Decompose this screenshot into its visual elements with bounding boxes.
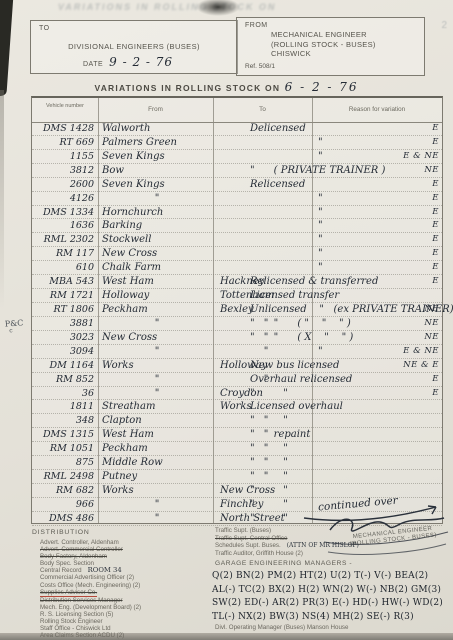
annotation-cell: NE	[424, 317, 439, 330]
reason-cell: "	[222, 345, 323, 358]
distribution-item: Costs Office (Mech. Engineering) (2)	[40, 582, 212, 589]
distribution-item-text: Staff Office - Chiswick Ltd	[40, 625, 111, 632]
from-cell: Clapton	[102, 414, 212, 427]
from-lines: MECHANICAL ENGINEER (ROLLING STOCK - BUS…	[271, 30, 376, 59]
garage-managers-codes: Q(2) BN(2) PM(2) HT(2) U(2) T(-) V(-) BE…	[212, 570, 452, 624]
table-row: RM 117New Cross"E	[32, 247, 442, 261]
vehicle-number-cell: DMS 1315	[32, 428, 94, 441]
distribution-item: Central RecordROOM 34	[40, 567, 212, 574]
vehicle-number-cell: DMS 1428	[32, 122, 94, 135]
to-value: DIVISIONAL ENGINEERS (BUSES)	[31, 42, 237, 51]
reason-cell: Licensed transfer	[222, 289, 339, 302]
annotation-cell: NE	[424, 164, 439, 177]
reason-cell: " ( PRIVATE TRAINER )	[222, 164, 385, 177]
reason-cell: Relicensed	[222, 178, 305, 191]
garage-code-line: SW(2) ED(-) AR(2) PR(3) E(-) HD(-) HW(-)…	[212, 597, 452, 611]
from-cell: Works	[102, 484, 212, 497]
annotation-cell: E	[432, 206, 439, 219]
variations-table: Vehicle number From To Reason for variat…	[31, 96, 443, 524]
table-row: 3881""" " ( " " " )NE	[32, 317, 442, 331]
divl-operating-manager-line: Divl. Operating Manager (Buses) Manson H…	[215, 624, 348, 631]
vehicle-number-cell: 3023	[32, 331, 94, 344]
distribution-list: Advert. Controller, AldenhamAdvert. Comm…	[40, 539, 212, 639]
distribution-item: Mech. Eng. (Development Board) (2)	[40, 604, 212, 611]
distribution-item-text: Body Factory, Aldenham	[40, 553, 107, 560]
from-cell: New Cross	[102, 331, 212, 344]
table-row: 610Chalk Farm"E	[32, 261, 442, 275]
distribution-item-text: Central Record	[40, 567, 82, 574]
table-row: RM 852""Overhaul relicensedE	[32, 373, 442, 387]
reason-cell: " "	[222, 442, 288, 455]
vehicle-number-cell: DMS 1334	[32, 206, 94, 219]
from-cell: Peckham	[102, 442, 212, 455]
from-cell: Works	[102, 359, 212, 372]
distribution-item: R. S. Licensing Section (5)	[40, 611, 212, 618]
reason-cell: " "	[222, 456, 288, 469]
table-row: 348Clapton"" "	[32, 414, 442, 428]
table-row: RT 669Palmers Green"E	[32, 136, 442, 150]
reason-cell: Delicensed	[222, 122, 306, 135]
table-body: DMS 1428WalworthDelicensedERT 669Palmers…	[32, 122, 442, 523]
distribution-item: Distribution Services Manager	[40, 597, 212, 604]
distribution-item-text: Mech. Eng. (Development Board) (2)	[40, 604, 141, 611]
table-row: DM 1164WorksHollowayNew bus licensedNE &…	[32, 359, 442, 373]
vehicle-number-cell: 875	[32, 456, 94, 469]
table-row: RML 2498Putney"" "	[32, 470, 442, 484]
from-cell: Barking	[102, 219, 212, 232]
from-cell: Streatham	[102, 400, 212, 413]
reason-cell: "	[222, 247, 323, 260]
reason-cell: "	[222, 219, 323, 232]
col-header-to: To	[213, 106, 312, 113]
annotation-cell: E	[432, 192, 439, 205]
vehicle-number-cell: RT 669	[32, 136, 94, 149]
distribution-heading: DISTRIBUTION	[32, 529, 90, 536]
vehicle-number-cell: 2600	[32, 178, 94, 191]
distribution-item-text: Distribution Services Manager	[40, 597, 123, 604]
reason-cell: " "	[222, 484, 288, 497]
from-cell: "	[102, 512, 212, 525]
from-cell: Walworth	[102, 122, 212, 135]
garage-code-line: AL(-) TC(2) BX(2) H(2) WN(2) W(-) NB(2) …	[212, 584, 452, 598]
annotation-cell: E	[432, 387, 439, 400]
from-line: (ROLLING STOCK - BUSES)	[271, 40, 376, 50]
margin-note-text: P&C	[5, 319, 24, 327]
annotation-cell: E	[432, 136, 439, 149]
reason-cell: " "	[222, 470, 288, 483]
distribution-item: Staff Office - Chiswick Ltd	[40, 625, 212, 632]
table-row: RM 1721HollowayTottenhamLicensed transfe…	[32, 289, 442, 303]
table-row: 3812Bow" ( PRIVATE TRAINER )NE	[32, 164, 442, 178]
distribution-item: Advert. Commercial Controller	[40, 546, 212, 553]
vehicle-number-cell: 36	[32, 387, 94, 400]
ref-number: Ref. 508/1	[245, 63, 275, 70]
from-cell: Seven Kings	[102, 178, 212, 191]
distribution-item-text: Advert. Commercial Controller	[40, 546, 123, 553]
from-cell: "	[102, 373, 212, 386]
reason-cell: "	[222, 206, 323, 219]
from-cell: Palmers Green	[102, 136, 212, 149]
traffic-item-text: Traffic Supt. (Buses)	[215, 527, 271, 534]
reason-cell: Licensed overhaul	[222, 400, 343, 413]
annotation-cell: E	[432, 122, 439, 135]
table-row: 4126""E	[32, 192, 442, 206]
distribution-item-text: Costs Office (Mech. Engineering) (2)	[40, 582, 140, 589]
from-cell: "	[102, 345, 212, 358]
vehicle-number-cell: RM 682	[32, 484, 94, 497]
table-row: 2600Seven KingsRelicensedE	[32, 178, 442, 192]
from-cell: "	[102, 498, 212, 511]
table-row: 1636Barking"E	[32, 219, 442, 233]
reason-cell: " " ( X " " )	[222, 331, 353, 344]
annotation-cell: NE	[424, 331, 439, 344]
reason-cell: "	[222, 192, 323, 205]
reason-cell: "	[222, 150, 323, 163]
reason-cell: " "	[222, 512, 288, 525]
table-row: 875Middle Row"" "	[32, 456, 442, 470]
distribution-item: Area Claims Section ACDU (2)	[40, 632, 212, 639]
table-header: Vehicle number From To Reason for variat…	[32, 98, 442, 123]
ink-smudge	[196, 0, 240, 16]
vehicle-number-cell: 348	[32, 414, 94, 427]
reason-cell: New bus licensed	[222, 359, 339, 372]
from-cell: Hornchurch	[102, 206, 212, 219]
annotation-cell: E & NE	[403, 345, 439, 358]
garage-code-line: TL(-) NX(2) BW(3) NS(4) MH(2) SE(-) R(3)	[212, 611, 452, 625]
from-cell: Chalk Farm	[102, 261, 212, 274]
from-cell: Holloway	[102, 289, 212, 302]
from-address-box: FROM MECHANICAL ENGINEER (ROLLING STOCK …	[236, 17, 425, 76]
reason-cell: "	[222, 136, 323, 149]
reason-cell: Relicensed & transferred	[222, 275, 378, 288]
scan-edge-artifact	[0, 90, 4, 310]
table-row: RT 1806PeckhamBexleyUnlicensed " (ex PRI…	[32, 303, 442, 317]
reason-cell: " " ( " " " )	[222, 317, 351, 330]
reason-cell: "	[222, 261, 323, 274]
vehicle-number-cell: 1636	[32, 219, 94, 232]
distribution-item-text: Commercial Advertising Officer (2)	[40, 574, 134, 581]
vehicle-number-cell: MBA 543	[32, 275, 94, 288]
reason-cell: Unlicensed " (ex PRIVATE TRAINER)	[222, 303, 453, 316]
table-row: 3094"""E & NE	[32, 345, 442, 359]
table-row: 36"Croydon" "E	[32, 387, 442, 401]
vehicle-number-cell: RML 2498	[32, 470, 94, 483]
from-cell: "	[102, 387, 212, 400]
vehicle-number-cell: 966	[32, 498, 94, 511]
annotation-cell: E	[432, 373, 439, 386]
garage-managers-heading: GARAGE ENGINEERING MANAGERS -	[215, 560, 352, 567]
table-row: DMS 1315West Ham"" repaint	[32, 428, 442, 442]
vehicle-number-cell: RM 1721	[32, 289, 94, 302]
vehicle-number-cell: 3094	[32, 345, 94, 358]
from-label: FROM	[245, 22, 268, 29]
from-cell: New Cross	[102, 247, 212, 260]
vehicle-number-cell: 1155	[32, 150, 94, 163]
distribution-item-text: Area Claims Section ACDU (2)	[40, 632, 124, 639]
table-row: 1811StreathamWorksLicensed overhaul	[32, 400, 442, 414]
from-cell: West Ham	[102, 275, 212, 288]
date-label: DATE	[83, 61, 103, 68]
distribution-item-annotation: ROOM 34	[88, 566, 122, 574]
distribution-item: Supplies Adviser Co.	[40, 589, 212, 597]
annotation-cell: NE	[424, 303, 439, 316]
annotation-cell: E	[432, 219, 439, 232]
vehicle-number-cell: DM 1164	[32, 359, 94, 372]
col-header-vehicle-number: Vehicle number	[44, 103, 86, 110]
traffic-item-text: Schedules Supt. Buses.	[215, 542, 281, 549]
to-address-box: TO DIVISIONAL ENGINEERS (BUSES) DATE9 - …	[30, 20, 238, 74]
traffic-item-text: Traffic Auditor, Griffith House (2)	[215, 550, 303, 557]
reason-cell: Overhaul relicensed	[222, 373, 352, 386]
table-row: 3023New Cross"" " ( X " " )NE	[32, 331, 442, 345]
distribution-item: Body Factory, Aldenham	[40, 553, 212, 560]
vehicle-number-cell: RT 1806	[32, 303, 94, 316]
vehicle-number-cell: 3812	[32, 164, 94, 177]
col-header-from: From	[98, 106, 213, 113]
reason-cell: " "	[222, 387, 288, 400]
margin-pencil-note: P&C c	[5, 319, 25, 334]
traffic-item-text: Traffic Supt. Central Office	[215, 535, 287, 542]
distribution-item: Advert. Controller, Aldenham	[40, 539, 212, 546]
annotation-cell: E	[432, 261, 439, 274]
from-cell: "	[102, 317, 212, 330]
vehicle-number-cell: RM 1051	[32, 442, 94, 455]
scanned-form-page: VARIATIONS IN ROLLING STOCK ON 2 TO DIVI…	[0, 0, 453, 640]
form-title-text: VARIATIONS IN ROLLING STOCK ON	[94, 83, 280, 93]
garage-code-line: Q(2) BN(2) PM(2) HT(2) U(2) T(-) V(-) BE…	[212, 570, 452, 584]
from-line: MECHANICAL ENGINEER	[271, 30, 376, 40]
annotation-cell: E	[432, 233, 439, 246]
from-cell: Seven Kings	[102, 150, 212, 163]
form-title-date: 6 - 2 - 76	[285, 80, 359, 94]
from-cell: Peckham	[102, 303, 212, 316]
table-row: DMS 1428WalworthDelicensedE	[32, 122, 442, 136]
date-row: DATE9 - 2 - 76	[83, 55, 173, 69]
from-cell: West Ham	[102, 428, 212, 441]
distribution-item-text: Advert. Controller, Aldenham	[40, 539, 119, 546]
reason-cell: "	[222, 233, 323, 246]
table-row: MBA 543West HamHackneyRelicensed & trans…	[32, 275, 442, 289]
table-row: 1155Seven Kings"E & NE	[32, 150, 442, 164]
date-handwritten: 9 - 2 - 76	[109, 55, 173, 69]
from-cell: Putney	[102, 470, 212, 483]
form-title: VARIATIONS IN ROLLING STOCK ON 6 - 2 - 7…	[0, 78, 453, 96]
reason-cell: " "	[222, 414, 288, 427]
table-row: RM 1051Peckham"" "	[32, 442, 442, 456]
distribution-item: Rolling Stock Engineer	[40, 618, 212, 625]
distribution-item-text: Rolling Stock Engineer	[40, 618, 103, 625]
to-label: TO	[39, 25, 50, 32]
vehicle-number-cell: RML 2302	[32, 233, 94, 246]
from-cell: "	[102, 192, 212, 205]
distribution-item-text: R. S. Licensing Section (5)	[40, 611, 113, 618]
distribution-item: Commercial Advertising Officer (2)	[40, 574, 212, 581]
from-cell: Bow	[102, 164, 212, 177]
vehicle-number-cell: 610	[32, 261, 94, 274]
reason-cell: " "	[222, 498, 288, 511]
annotation-cell: E	[432, 275, 439, 288]
vehicle-number-cell: 3881	[32, 317, 94, 330]
vehicle-number-cell: RM 852	[32, 373, 94, 386]
col-header-reason: Reason for variation	[312, 106, 442, 113]
reason-cell: " repaint	[222, 428, 310, 441]
vehicle-number-cell: 1811	[32, 400, 94, 413]
table-row: DMS 1334Hornchurch"E	[32, 206, 442, 220]
from-cell: Middle Row	[102, 456, 212, 469]
annotation-cell: E & NE	[403, 150, 439, 163]
annotation-cell: E	[432, 247, 439, 260]
from-cell: Stockwell	[102, 233, 212, 246]
faint-corner-mark: 2	[441, 20, 447, 31]
vehicle-number-cell: 4126	[32, 192, 94, 205]
vehicle-number-cell: DMS 486	[32, 512, 94, 525]
annotation-cell: E	[432, 178, 439, 191]
distribution-item-text: Supplies Adviser Co.	[40, 589, 97, 597]
from-line: CHISWICK	[271, 49, 376, 59]
annotation-cell: NE & E	[403, 359, 439, 372]
vehicle-number-cell: RM 117	[32, 247, 94, 260]
table-row: RML 2302Stockwell"E	[32, 233, 442, 247]
